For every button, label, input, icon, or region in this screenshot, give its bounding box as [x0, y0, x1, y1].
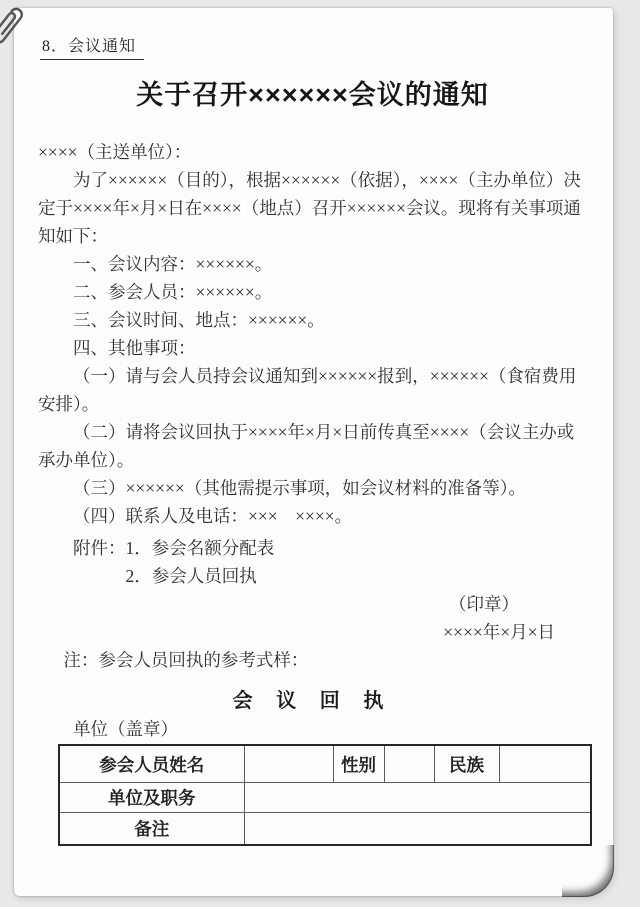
sub-item-2: （二）请将会议回执于××××年×月×日前传真至××××（会议主办或承办单位）。	[38, 418, 587, 474]
sub-item-1: （一）请与会人员持会议通知到××××××报到，××××××（食宿费用安排）。	[38, 362, 587, 418]
photo-background: 8．会议通知 关于召开××××××会议的通知 ××××（主送单位）： 为了×××…	[0, 0, 640, 907]
list-item-4: 四、其他事项：	[38, 334, 587, 362]
attachments-block: 附件：1．参会名额分配表 2．参会人员回执	[38, 534, 587, 590]
cell-ethnicity-value	[499, 745, 591, 783]
reply-form-table: 参会人员姓名 性别 民族 单位及职务 备注	[58, 744, 592, 846]
document-content: 8．会议通知 关于召开××××××会议的通知 ××××（主送单位）： 为了×××…	[38, 36, 587, 846]
document-page: 8．会议通知 关于召开××××××会议的通知 ××××（主送单位）： 为了×××…	[14, 8, 613, 896]
attachments-label: 附件：	[73, 538, 126, 558]
list-item-3: 三、会议时间、地点：××××××。	[38, 306, 587, 334]
note-line: 注：参会人员回执的参考式样：	[38, 646, 587, 674]
page-title: 关于召开××××××会议的通知	[38, 78, 587, 112]
attachment-item-2: 2．参会人员回执	[126, 562, 588, 590]
attachment-line-1: 附件：1．参会名额分配表	[38, 534, 587, 562]
page-curl	[562, 845, 614, 897]
table-row-remark: 备注	[59, 813, 591, 846]
section-label: 8．会议通知	[40, 36, 144, 60]
cell-unit-value	[244, 783, 591, 813]
cell-gender-label: 性别	[333, 745, 384, 783]
reply-form-title: 会 议 回 执	[38, 686, 587, 716]
list-item-2: 二、参会人员：××××××。	[38, 278, 587, 306]
sub-item-3: （三）××××××（其他需提示事项，如会议材料的准备等）。	[38, 474, 587, 502]
cell-gender-value	[384, 745, 434, 783]
cell-ethnicity-label: 民族	[434, 745, 499, 783]
signature-block: （印章） ××××年×月×日	[38, 590, 587, 646]
cell-remark-label: 备注	[59, 813, 244, 846]
cell-name-label: 参会人员姓名	[59, 745, 244, 783]
attachment-item-1: 1．参会名额分配表	[126, 538, 275, 558]
table-row-name: 参会人员姓名 性别 民族	[59, 745, 591, 783]
unit-seal-label: 单位（盖章）	[38, 716, 587, 743]
intro-paragraph: 为了××××××（目的），根据××××××（依据），××××（主办单位）决定于×…	[38, 166, 587, 250]
cell-unit-label: 单位及职务	[59, 783, 244, 813]
seal-placeholder: （印章）	[38, 590, 587, 618]
salutation-line: ××××（主送单位）：	[38, 138, 587, 166]
cell-remark-value	[244, 813, 591, 846]
sub-item-4: （四）联系人及电话：××× ××××。	[38, 502, 587, 530]
table-row-unit: 单位及职务	[59, 783, 591, 813]
list-item-1: 一、会议内容：××××××。	[38, 250, 587, 278]
date-line: ××××年×月×日	[38, 618, 587, 646]
cell-name-value	[244, 745, 333, 783]
